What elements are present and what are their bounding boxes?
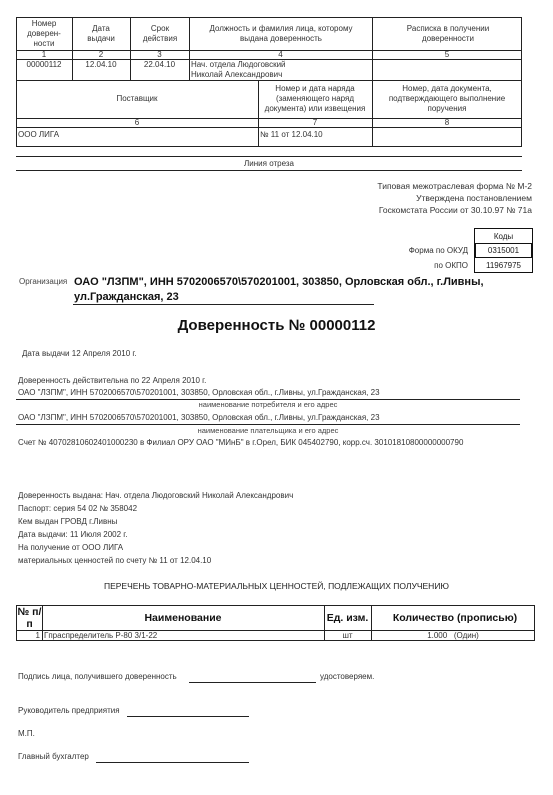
issued-to-line: материальных ценностей по счету № 11 от …	[18, 557, 211, 565]
codes-title: Коды	[475, 229, 532, 244]
issued-to-line: Дата выдачи: 11 Июля 2002 г.	[18, 531, 127, 539]
col-header-validity: Срок действия	[136, 17, 184, 50]
col-header-number: Номер доверен- ности	[22, 17, 66, 50]
issued-to-line: Кем выдан ГРОВД г.Ливны	[18, 518, 117, 526]
col-number: 6	[16, 118, 258, 127]
organization-underline	[73, 304, 374, 305]
col-number: 5	[372, 50, 522, 59]
cell-issue-date: 12.04.10	[72, 59, 130, 71]
item-name: Гпраспределитель Р-80 3/1-22	[42, 630, 324, 641]
organization-line2: ул.Гражданская, 23	[74, 292, 179, 303]
col-header-receipt: Расписка в получении доверенности	[398, 17, 498, 50]
col-header-issue-date: Дата выдачи	[78, 17, 124, 50]
cut-line-bottom	[16, 170, 522, 171]
payer-caption: наименование плательщика и его адрес	[16, 427, 520, 435]
cell-person: Нач. отдела Людоговский Николай Александ…	[189, 58, 319, 80]
items-header-number: № п/п	[17, 605, 42, 630]
accountant-label: Главный бухгалтер	[18, 753, 89, 761]
director-signature-line[interactable]	[127, 716, 249, 717]
cell-order: № 11 от 12.04.10	[258, 127, 372, 147]
accountant-signature-line[interactable]	[96, 762, 249, 763]
col-number: 8	[372, 118, 522, 127]
col-header-supplier: Поставщик	[16, 80, 258, 118]
okud-value: 0315001	[475, 244, 532, 258]
col-header-confirmation: Номер, дата документа, подтверждающего в…	[384, 80, 510, 118]
items-header-name: Наименование	[42, 605, 324, 630]
cut-line-label: Линия отреза	[16, 160, 522, 168]
payer-value: ОАО "ЛЗПМ", ИНН 5702006570\570201001, 30…	[18, 414, 380, 422]
cell-confirmation	[372, 127, 522, 147]
recipient-signature-line[interactable]	[189, 682, 316, 683]
col-number: 1	[16, 50, 72, 59]
issued-to-line: На получение от ООО ЛИГА	[18, 544, 123, 552]
cell-number: 00000112	[16, 59, 72, 71]
okud-label: Форма по ОКУД	[409, 247, 468, 255]
col-number: 3	[130, 50, 189, 59]
document-title: Доверенность № 00000112	[0, 318, 553, 333]
organization-line1: ОАО "ЛЗПМ", ИНН 5702006570\570201001, 30…	[74, 277, 484, 288]
item-unit: шт	[324, 630, 371, 641]
items-header-quantity: Количество (прописью)	[385, 605, 525, 630]
codes-box: Коды 0315001 11967975	[474, 228, 533, 273]
account: Счет № 40702810602401000230 в Филиал ОРУ…	[18, 439, 463, 447]
item-quantity: 1.000 (Один)	[371, 630, 535, 641]
director-label: Руководитель предприятия	[18, 707, 120, 715]
items-header-unit: Ед. изм.	[324, 605, 371, 630]
form-decree: Госкомстата России от 30.10.97 № 71а	[379, 206, 532, 215]
payer-underline	[16, 424, 520, 425]
form-approved: Утверждена постановлением	[416, 194, 532, 203]
okpo-label: по ОКПО	[434, 262, 468, 270]
col-header-order: Номер и дата наряда (заменяющего наряд д…	[262, 80, 368, 118]
issue-date: Дата выдачи 12 Апреля 2010 г.	[22, 350, 137, 358]
stamp-label: М.П.	[18, 730, 35, 738]
consumer-caption: наименование потребителя и его адрес	[16, 401, 520, 409]
validity: Доверенность действительна по 22 Апреля …	[18, 377, 206, 385]
okpo-value: 11967975	[475, 258, 532, 273]
cell-receipt	[372, 59, 522, 80]
col-number: 7	[258, 118, 372, 127]
item-number: 1	[17, 630, 41, 641]
form-type: Типовая межотраслевая форма № М-2	[377, 182, 532, 191]
consumer-value: ОАО "ЛЗПМ", ИНН 5702006570\570201001, 30…	[18, 389, 380, 397]
organization-label: Организация	[19, 278, 67, 286]
recipient-signature-suffix: удостоверяем.	[320, 673, 374, 681]
issued-to-line: Паспорт: серия 54 02 № 358042	[18, 505, 137, 513]
cut-line-top	[16, 156, 522, 157]
col-header-person: Должность и фамилия лица, которому выдан…	[200, 17, 362, 50]
items-title: ПЕРЕЧЕНЬ ТОВАРНО-МАТЕРИАЛЬНЫХ ЦЕННОСТЕЙ,…	[0, 582, 553, 591]
issued-to-line: Доверенность выдана: Нач. отдела Людогов…	[18, 492, 293, 500]
cell-supplier: ООО ЛИГА	[16, 127, 258, 147]
cell-validity: 22.04.10	[130, 59, 189, 71]
recipient-signature-label: Подпись лица, получившего доверенность	[18, 673, 177, 681]
col-number: 2	[72, 50, 130, 59]
